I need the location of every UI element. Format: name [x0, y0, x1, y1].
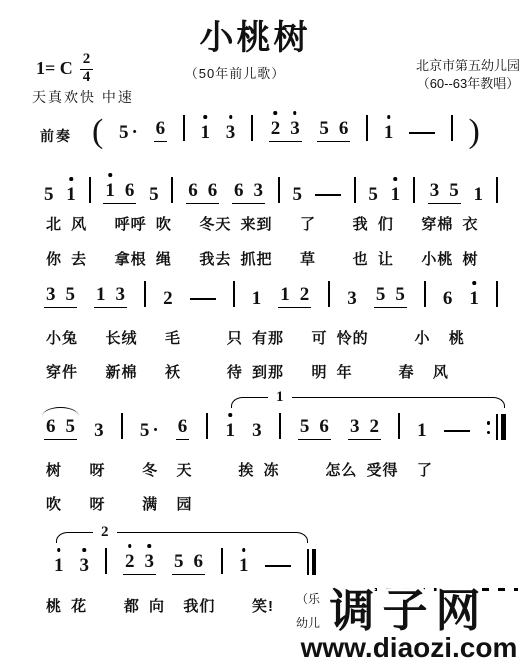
duration-dash [315, 194, 341, 196]
note-digit: 1 [469, 288, 479, 309]
music-line-2: 3513211235561 [44, 276, 498, 308]
prelude-label: 前奏 [40, 126, 72, 146]
note-digit: 5 [300, 416, 310, 437]
barline [366, 115, 368, 141]
note-digit: 1 [417, 420, 427, 441]
note-5: 5 [149, 176, 159, 204]
duration-dash [409, 132, 435, 134]
barline [183, 115, 185, 141]
second-ending-bracket: 2 [56, 532, 308, 543]
note-digit: 6 [208, 180, 218, 201]
note-digit: 5 [319, 118, 329, 139]
music-line-4: 1323561 [54, 543, 316, 575]
note-digit: 1 [391, 184, 401, 205]
beam-group: 23 [123, 543, 156, 575]
note-3: 3 [145, 543, 155, 571]
note-1: 1 [252, 280, 262, 308]
note-digit: 1 [54, 555, 64, 576]
note-5: 5 [300, 408, 310, 436]
note-3: 3 [94, 412, 104, 440]
beam-group: 66 [186, 172, 219, 204]
note-digit: 6 [319, 416, 329, 437]
note-digit: 6 [234, 180, 244, 201]
beam-group: 63 [232, 172, 265, 204]
barline [496, 281, 498, 307]
credit-block: 北京市第五幼儿园 （60--63年教唱） [416, 57, 520, 93]
note-digit: 3 [430, 180, 440, 201]
note-digit: 1 [105, 180, 115, 201]
barline [413, 177, 415, 203]
note-digit: 3 [253, 180, 263, 201]
note-6: 6 [319, 408, 329, 436]
note-3: 3 [116, 276, 126, 304]
octave-dot [69, 177, 73, 181]
beam-group: 13 [94, 276, 127, 308]
note-digit: 6 [46, 416, 56, 437]
lyric-line-4: 穿件 新棉 袄 待 到那 明 年 春 风 [46, 361, 449, 382]
beam-group: 65 [44, 408, 77, 440]
barline [424, 281, 426, 307]
first-ending-bracket: 1 [231, 397, 505, 408]
note-digit: 1 [239, 555, 249, 576]
thin-barline [496, 414, 498, 440]
note-digit: 5 [66, 416, 76, 437]
final-barline [307, 549, 317, 575]
note-6: 6 [46, 408, 56, 436]
note-5: 5· [140, 412, 159, 440]
barline [233, 281, 235, 307]
barline [398, 413, 400, 439]
note-digit: 1 [280, 284, 290, 305]
note-3: 3 [226, 114, 236, 142]
note-5: 5 [293, 176, 303, 204]
repeat-dot [487, 421, 491, 425]
note-digit: 5 [66, 284, 76, 305]
note-3: 3 [46, 276, 56, 304]
duration-dash [265, 565, 291, 567]
note-3: 3 [347, 280, 357, 308]
note-5: 5 [449, 172, 459, 200]
beam-group: 32 [348, 408, 381, 440]
note-2: 2 [125, 543, 135, 571]
note-6: 6 [178, 408, 188, 436]
note-digit: 5 [149, 184, 159, 205]
note-digit: 3 [80, 555, 90, 576]
note-digit: 5 [293, 184, 303, 205]
note-digit: 3 [347, 288, 357, 309]
note-digit: 6 [188, 180, 198, 201]
octave-dot [83, 548, 87, 552]
octave-dot [204, 115, 208, 119]
note-1: 1 [474, 176, 484, 204]
octave-dot [274, 111, 278, 115]
beam-group: 23 [269, 110, 302, 142]
beam-group: 16 [103, 172, 136, 204]
note-digit: 6 [156, 118, 166, 139]
beam-group: 12 [278, 276, 311, 308]
note-digit: 5 [174, 551, 184, 572]
beam-group: 35 [428, 172, 461, 204]
note-3: 3 [350, 408, 360, 436]
lyric-line-3: 小兔 长绒 毛 只 有那 可 怜的 小 桃 [46, 327, 465, 348]
octave-dot [472, 281, 476, 285]
note-digit: 6 [194, 551, 204, 572]
barline [144, 281, 146, 307]
note-digit: 2 [125, 551, 135, 572]
barline [221, 548, 223, 574]
barline [354, 177, 356, 203]
note-5: 5 [66, 276, 76, 304]
thin-barline [307, 549, 309, 575]
bracket-right-hook [292, 397, 506, 408]
note-5: 5 [66, 408, 76, 436]
note-1: 1 [201, 114, 211, 142]
octave-dot [108, 173, 112, 177]
note-3: 3 [252, 412, 262, 440]
barline [279, 413, 281, 439]
note-digit: 1 [66, 184, 76, 205]
lyric-line-5: 树 呀 冬 天 挨 冻 怎么 受得 了 [46, 459, 433, 480]
bracket-left-hook [56, 532, 93, 543]
beam-group: 6 [154, 110, 168, 142]
note-digit: 3 [350, 416, 360, 437]
barline [206, 413, 208, 439]
note-5: 5 [44, 176, 54, 204]
repeat-dot [487, 431, 491, 435]
note-digit: 5 [44, 184, 54, 205]
note-5: 5 [319, 110, 329, 138]
octave-dot [242, 548, 246, 552]
note-digit: 2 [300, 284, 310, 305]
note-digit: 2 [163, 288, 173, 309]
note-digit: 3 [226, 122, 236, 143]
note-6: 6 [125, 172, 135, 200]
octave-dot [128, 544, 132, 548]
beam-group: 56 [298, 408, 331, 440]
watermark: 调子网 www.diaozi.com [290, 588, 528, 662]
note-2: 2 [271, 110, 281, 138]
note-3: 3 [290, 110, 300, 138]
song-subtitle: （50年前儿歌） [90, 63, 380, 82]
note-1: 1 [54, 547, 64, 575]
note-digit: 3 [290, 118, 300, 139]
note-1: 1 [469, 280, 479, 308]
augmentation-dot: · [132, 122, 138, 143]
note-digit: 5 [368, 184, 378, 205]
repeat-dots [487, 421, 491, 434]
barline [328, 281, 330, 307]
note-digit: 6 [125, 180, 135, 201]
thick-barline [312, 549, 317, 575]
note-6: 6 [208, 172, 218, 200]
note-digit: 1 [96, 284, 106, 305]
octave-dot [57, 548, 61, 552]
note-3: 3 [430, 172, 440, 200]
note-2: 2 [163, 280, 173, 308]
note-1: 1 [226, 412, 236, 440]
lyric-line-2: 你 去 拿根 绳 我去 抓把 草 也 让 小桃 树 [46, 248, 479, 269]
note-5: 5 [368, 176, 378, 204]
octave-dot [229, 413, 233, 417]
note-digit: 6 [339, 118, 349, 139]
sheet-music-page: 小桃树 1= C 2 4 （50年前儿歌） 北京市第五幼儿园 （60--63年教… [0, 0, 530, 670]
note-1: 1 [239, 547, 249, 575]
note-5: 5 [174, 543, 184, 571]
note-6: 6 [194, 543, 204, 571]
note-digit: 2 [271, 118, 281, 139]
music-line-3: 6535·61356321 [44, 408, 506, 440]
key-note: 1= C [36, 58, 73, 79]
first-ending-number: 1 [276, 390, 284, 405]
note-6: 6 [188, 172, 198, 200]
note-digit: 2 [369, 416, 379, 437]
note-2: 2 [369, 408, 379, 436]
note-1: 1 [280, 276, 290, 304]
note-6: 6 [156, 110, 166, 138]
note-5: 5· [119, 114, 138, 142]
note-digit: 5 [119, 122, 129, 143]
note-1: 1 [384, 114, 394, 142]
music-line-1: 511656663551351 [44, 172, 498, 204]
note-digit: 1 [226, 420, 236, 441]
prelude-paren: ) [469, 118, 480, 145]
note-digit: 6 [443, 288, 453, 309]
second-ending-number: 2 [101, 525, 109, 540]
note-digit: 5 [395, 284, 405, 305]
note-6: 6 [443, 280, 453, 308]
note-digit: 3 [252, 420, 262, 441]
note-digit: 3 [46, 284, 56, 305]
repeat-sign [487, 414, 506, 440]
prelude-paren: ( [92, 118, 103, 145]
augmentation-dot: · [152, 420, 158, 441]
octave-dot [387, 115, 391, 119]
watermark-site-name: 调子网 [290, 588, 528, 633]
barline [121, 413, 123, 439]
note-digit: 1 [201, 122, 211, 143]
beam-group: 35 [44, 276, 77, 308]
barline [278, 177, 280, 203]
note-6: 6 [339, 110, 349, 138]
note-5: 5 [376, 276, 386, 304]
note-digit: 6 [178, 416, 188, 437]
note-digit: 5 [140, 420, 150, 441]
prelude-music-line: (5·61323561) [92, 110, 480, 142]
beam-group: 56 [317, 110, 350, 142]
note-1: 1 [391, 176, 401, 204]
duration-dash [444, 430, 470, 432]
note-digit: 1 [252, 288, 262, 309]
octave-dot [229, 115, 233, 119]
octave-dot [293, 111, 297, 115]
note-digit: 5 [376, 284, 386, 305]
barline [89, 177, 91, 203]
note-1: 1 [105, 172, 115, 200]
key-signature: 1= C 2 4 [36, 52, 93, 86]
bracket-right-hook [117, 532, 309, 543]
lyric-line-1: 北 风 呼呼 吹 冬天 来到 了 我 们 穿棉 衣 [46, 213, 479, 234]
barline [171, 177, 173, 203]
note-3: 3 [80, 547, 90, 575]
duration-dash [190, 298, 216, 300]
note-digit: 3 [94, 420, 104, 441]
note-1: 1 [417, 412, 427, 440]
credit-years: （60--63年教唱） [416, 75, 520, 93]
watermark-site-url: www.diaozi.com [290, 633, 528, 662]
note-1: 1 [96, 276, 106, 304]
note-digit: 1 [474, 184, 484, 205]
tempo-marking: 天真欢快 中速 [32, 87, 134, 107]
lyric-line-6: 吹 呀 满 园 [46, 493, 193, 514]
beam-group: 6 [176, 408, 190, 440]
note-6: 6 [234, 172, 244, 200]
note-digit: 3 [116, 284, 126, 305]
barline [451, 115, 453, 141]
note-1: 1 [66, 176, 76, 204]
barline [105, 548, 107, 574]
note-digit: 3 [145, 551, 155, 572]
barline [496, 177, 498, 203]
barline [251, 115, 253, 141]
credit-school: 北京市第五幼儿园 [416, 57, 520, 75]
bracket-left-hook [231, 397, 268, 408]
note-digit: 5 [449, 180, 459, 201]
note-digit: 1 [384, 122, 394, 143]
thick-barline [501, 414, 506, 440]
note-5: 5 [395, 276, 405, 304]
note-3: 3 [253, 172, 263, 200]
lyric-line-7: 桃 花 都 向 我们 笑! [46, 595, 274, 616]
octave-dot [394, 177, 398, 181]
octave-dot [148, 544, 152, 548]
beam-group: 55 [374, 276, 407, 308]
note-2: 2 [300, 276, 310, 304]
beam-group: 56 [172, 543, 205, 575]
